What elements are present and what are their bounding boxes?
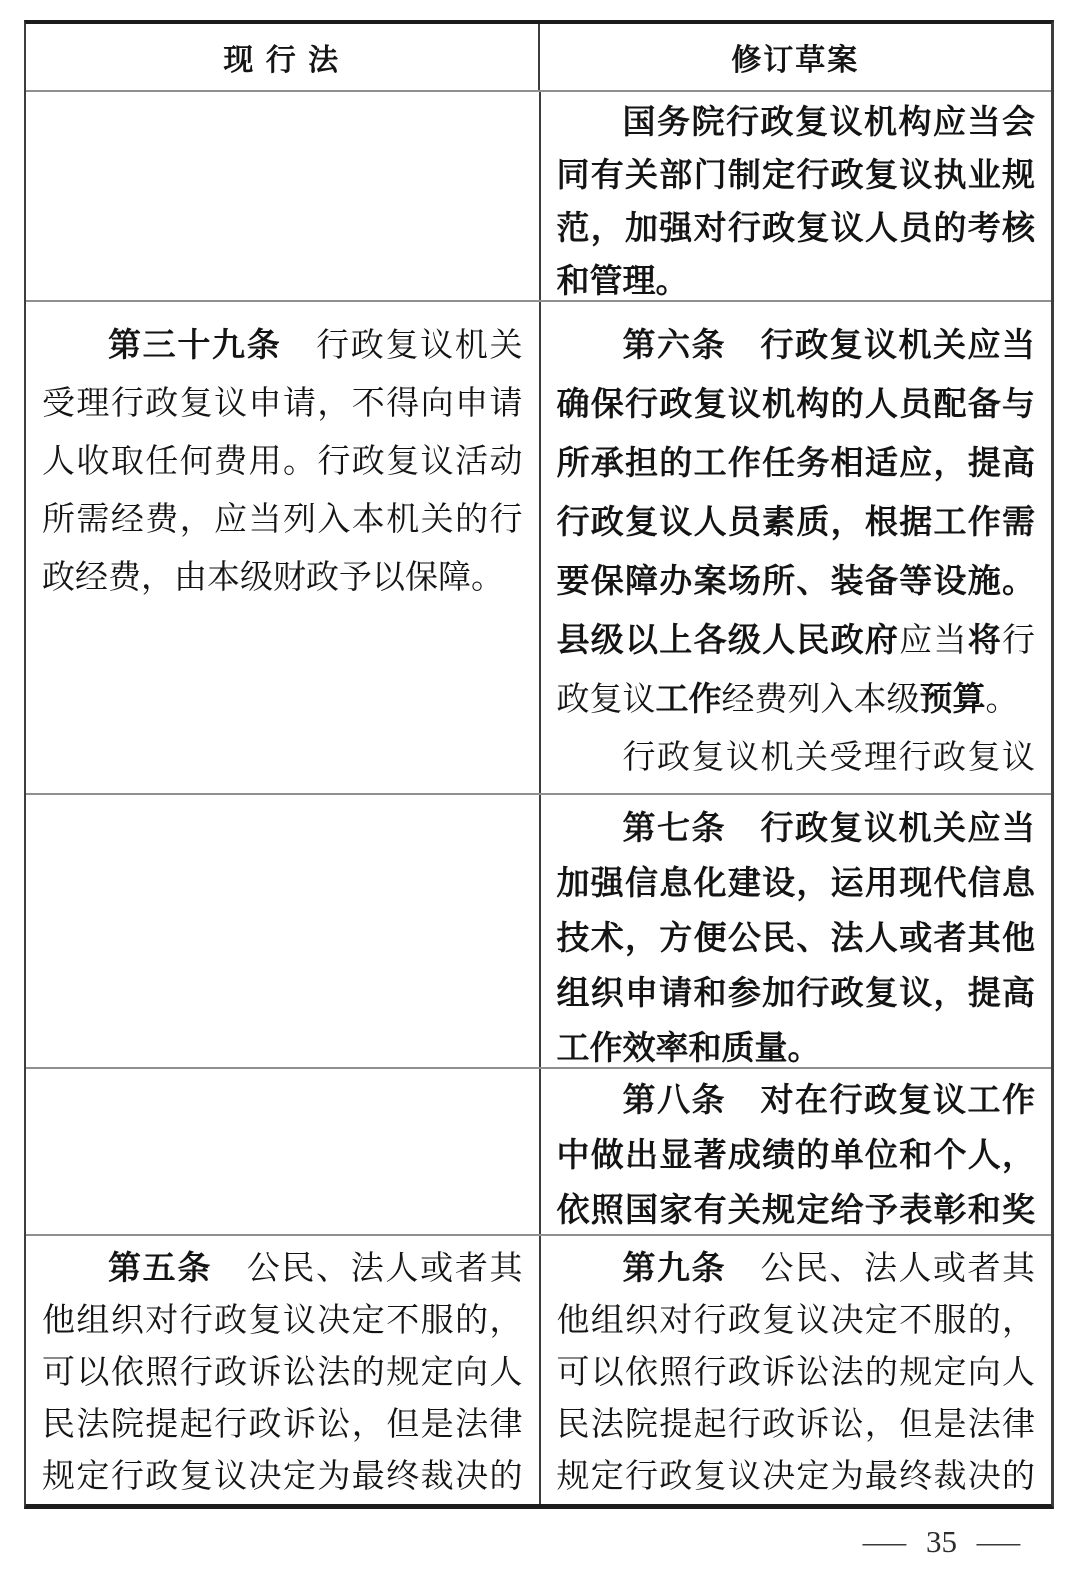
cell-right: 国务院行政复议机构应当会同有关部门制定行政复议执业规范，加强对行政复议人员的考核… (539, 92, 1052, 300)
paragraph: 第六条 行政复议机关应当确保行政复议机构的人员配备与所承担的工作任务相适应，提高… (557, 316, 1036, 729)
text-segment-light: 行政复议机关受理行政复议申请，不得向申请人收取任何费用。 (557, 740, 1036, 793)
comparison-table: 现 行 法 修订草案 国务院行政复议机构应当会同有关部门制定行政复议执业规范，加… (24, 20, 1054, 1509)
text-segment-bold: 第六条 行政复议机关应当确保行政复议机构的人员配备与所承担的工作任务相适应，提高… (557, 326, 1036, 658)
text-segment-light: 经费列入本级 (722, 682, 920, 718)
page-number: 35 (926, 1524, 957, 1560)
cell-left (26, 92, 539, 300)
table-row: 第七条 行政复议机关应当加强信息化建设，运用现代信息技术，方便公民、法人或者其他… (26, 795, 1051, 1069)
text-segment-bold: 将 (968, 621, 1002, 658)
text-segment-bold: 第三十九条 (108, 326, 281, 363)
text-segment-light: 行政复议机关受理行政复议申请，不得向申请人收取任何费用。行政复议活动所需经费，应… (42, 328, 523, 596)
footer-dash-left: — (863, 1524, 906, 1560)
text-segment-bold: 第五条 (108, 1249, 212, 1286)
cell-right: 第九条 公民、法人或者其他组织对行政复议决定不服的，可以依照行政诉讼法的规定向人… (539, 1236, 1052, 1504)
text-segment-light: 应当 (899, 623, 968, 659)
cell-right: 第八条 对在行政复议工作中做出显著成绩的单位和个人，依照国家有关规定给予表彰和奖… (539, 1069, 1052, 1234)
paragraph: 第九条 公民、法人或者其他组织对行政复议决定不服的，可以依照行政诉讼法的规定向人… (557, 1242, 1036, 1504)
text-segment-bold: 预算 (920, 680, 986, 717)
page: { "table": { "headers": [ { "label": "现 … (0, 0, 1080, 1596)
header-cell-revision-draft: 修订草案 (538, 24, 1052, 90)
table-row: 第八条 对在行政复议工作中做出显著成绩的单位和个人，依照国家有关规定给予表彰和奖… (26, 1069, 1051, 1236)
cell-right: 第六条 行政复议机关应当确保行政复议机构的人员配备与所承担的工作任务相适应，提高… (539, 302, 1052, 793)
table-header-row: 现 行 法 修订草案 (26, 24, 1051, 92)
table-row: 第五条 公民、法人或者其他组织对行政复议决定不服的，可以依照行政诉讼法的规定向人… (26, 1236, 1051, 1504)
table-row: 国务院行政复议机构应当会同有关部门制定行政复议执业规范，加强对行政复议人员的考核… (26, 92, 1051, 302)
text-segment-light: 。 (986, 682, 1019, 718)
text-segment-bold: 工作 (656, 680, 722, 717)
paragraph: 第七条 行政复议机关应当加强信息化建设，运用现代信息技术，方便公民、法人或者其他… (557, 801, 1036, 1067)
cell-left: 第三十九条 行政复议机关受理行政复议申请，不得向申请人收取任何费用。行政复议活动… (26, 302, 539, 793)
table-body: 国务院行政复议机构应当会同有关部门制定行政复议执业规范，加强对行政复议人员的考核… (26, 92, 1051, 1504)
text-segment-bold: 第九条 (623, 1249, 727, 1286)
text-segment-bold: 第八条 对在行政复议工作中做出显著成绩的单位和个人，依照国家有关规定给予表彰和奖… (557, 1081, 1036, 1234)
text-segment-light: 公民、法人或者其他组织对行政复议决定不服的，可以依照行政诉讼法的规定向人民法院提… (42, 1251, 523, 1504)
paragraph: 行政复议机关受理行政复议申请，不得向申请人收取任何费用。 (557, 729, 1036, 793)
header-cell-current-law: 现 行 法 (26, 24, 538, 90)
page-footer: —35— (869, 1524, 1014, 1560)
text-segment-bold: 第七条 行政复议机关应当加强信息化建设，运用现代信息技术，方便公民、法人或者其他… (557, 809, 1036, 1066)
text-segment-bold: 国务院行政复议机构应当会同有关部门制定行政复议执业规范，加强对行政复议人员的考核… (557, 103, 1036, 299)
footer-dash-right: — (977, 1524, 1020, 1560)
cell-right: 第七条 行政复议机关应当加强信息化建设，运用现代信息技术，方便公民、法人或者其他… (539, 795, 1052, 1067)
text-segment-light: 公民、法人或者其他组织对行政复议决定不服的，可以依照行政诉讼法的规定向人民法院提… (557, 1251, 1036, 1504)
paragraph: 第八条 对在行政复议工作中做出显著成绩的单位和个人，依照国家有关规定给予表彰和奖… (557, 1073, 1036, 1234)
table-row: 第三十九条 行政复议机关受理行政复议申请，不得向申请人收取任何费用。行政复议活动… (26, 302, 1051, 795)
cell-left (26, 795, 539, 1067)
paragraph: 国务院行政复议机构应当会同有关部门制定行政复议执业规范，加强对行政复议人员的考核… (557, 96, 1036, 300)
paragraph: 第五条 公民、法人或者其他组织对行政复议决定不服的，可以依照行政诉讼法的规定向人… (42, 1242, 523, 1504)
cell-left: 第五条 公民、法人或者其他组织对行政复议决定不服的，可以依照行政诉讼法的规定向人… (26, 1236, 539, 1504)
paragraph: 第三十九条 行政复议机关受理行政复议申请，不得向申请人收取任何费用。行政复议活动… (42, 316, 523, 607)
cell-left (26, 1069, 539, 1234)
